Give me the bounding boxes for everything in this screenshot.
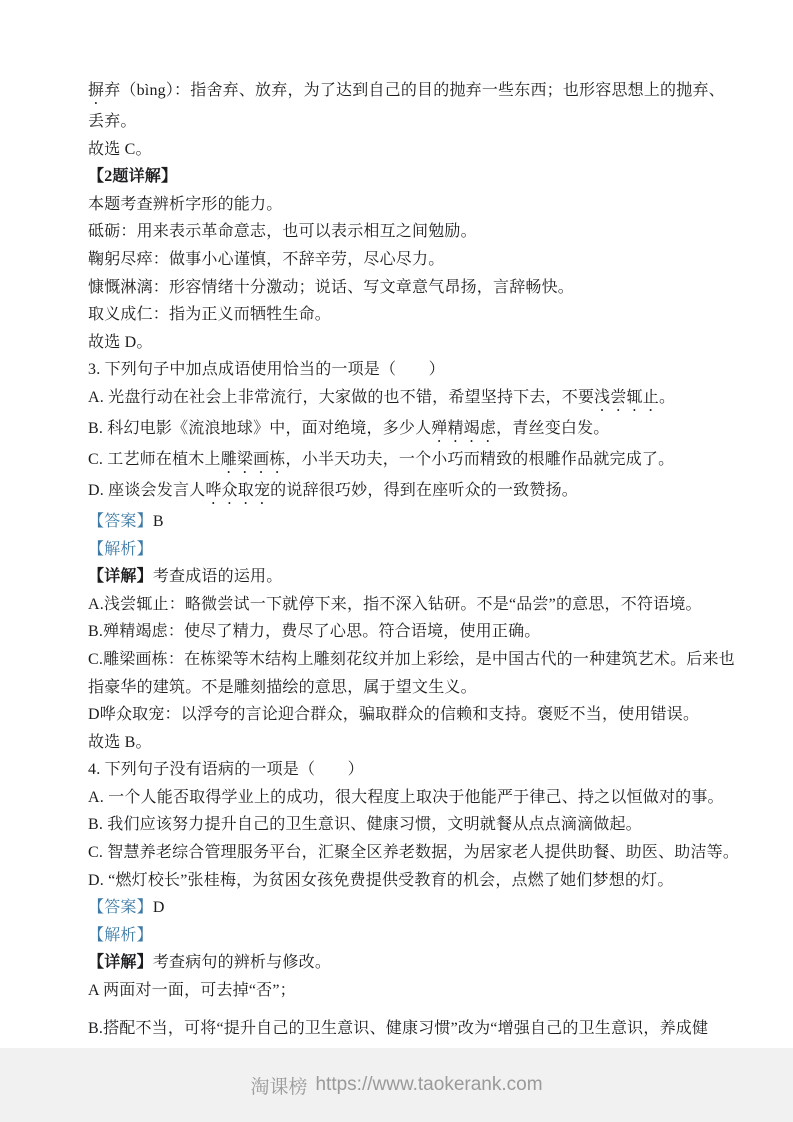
text-segment: 考查病句的辨析与修改。	[153, 954, 331, 971]
text-segment: C. 智慧养老综合管理服务平台，汇聚全区养老数据，为居家老人提供助餐、助医、助洁…	[88, 844, 739, 861]
text-segment: 【答案】	[88, 899, 153, 916]
body-line: 慷慨淋漓：形容情绪十分激动；说话、写文章意气昂扬，言辞畅快。	[88, 274, 751, 302]
body-line: A 两面对一面，可去掉“否”；	[88, 977, 751, 1005]
text-segment: 【答案】	[88, 513, 153, 530]
body-line: C.雕梁画栋：在栋梁等木结构上雕刻花纹并加上彩绘，是中国古代的一种建筑艺术。后来…	[88, 646, 751, 674]
text-segment: 鞠躬尽瘁：做事小心谨慎，不辞辛劳，尽心尽力。	[88, 251, 444, 268]
text-segment: 【解析】	[88, 927, 153, 944]
text-segment: 指豪华的建筑。不是雕刻描绘的意思，属于望文生义。	[88, 679, 477, 696]
text-segment: ，小半天功夫，一个小巧而精致的根雕作品就完成了。	[286, 451, 675, 468]
text-segment: ，青丝变白发。	[496, 420, 609, 437]
text-segment: 弃（bìng）：指舍弃、放弃，为了达到自己的目的抛弃一些东西；也形容思想上的抛弃…	[104, 82, 725, 99]
text-segment: 。	[659, 389, 675, 406]
detail-header-line: 【2题详解】	[88, 163, 751, 191]
text-segment: B.殚精竭虑：使尽了精力，费尽了心思。符合语境，使用正确。	[88, 623, 540, 640]
option-line: C. 智慧养老综合管理服务平台，汇聚全区养老数据，为居家老人提供助餐、助医、助洁…	[88, 839, 751, 867]
answer-line: 【答案】D	[88, 894, 751, 922]
option-line: D. “燃灯校长”张桂梅，为贫困女孩免费提供受教育的机会，点燃了她们梦想的灯。	[88, 867, 751, 895]
text-segment: D. 座谈会发言人	[88, 482, 205, 499]
document-page: 摒弃（bìng）：指舍弃、放弃，为了达到自己的目的抛弃一些东西；也形容思想上的抛…	[0, 0, 793, 1122]
text-segment: 故选 B。	[88, 734, 152, 751]
emphasized-idiom: 浅尝辄止	[594, 389, 659, 406]
body-line: 丢弃。	[88, 108, 751, 136]
text-segment: 丢弃。	[88, 113, 137, 130]
text-segment: C. 工艺师在植木上	[88, 451, 221, 468]
body-line: 指豪华的建筑。不是雕刻描绘的意思，属于望文生义。	[88, 674, 751, 702]
text-segment: B. 科幻电影《流浪地球》中，面对绝境，多少人	[88, 420, 431, 437]
body-line: A.浅尝辄止：略微尝试一下就停下来，指不深入钻研。不是“品尝”的意思，不符语境。	[88, 591, 751, 619]
question-line: 3. 下列句子中加点成语使用恰当的一项是（ ）	[88, 356, 751, 384]
text-segment: A 两面对一面，可去掉“否”；	[88, 982, 296, 999]
text-segment: 故选 C。	[88, 141, 152, 158]
body-line: 故选 B。	[88, 729, 751, 757]
option-line: A. 光盘行动在社会上非常流行，大家做的也不错，希望坚持下去，不要浅尝辄止。	[88, 384, 751, 415]
analysis-line: 【解析】	[88, 536, 751, 564]
emphasized-idiom: 摒	[88, 82, 104, 99]
text-segment: 的说辞很巧妙，得到在座听众的一致赞扬。	[270, 482, 578, 499]
body-line: 砥砺：用来表示革命意志，也可以表示相互之间勉励。	[88, 218, 751, 246]
text-segment: 3. 下列句子中加点成语使用恰当的一项是（ ）	[88, 361, 445, 378]
text-segment: 故选 D。	[88, 334, 153, 351]
body-line: 鞠躬尽瘁：做事小心谨慎，不辞辛劳，尽心尽力。	[88, 246, 751, 274]
option-line: A. 一个人能否取得学业上的成功，很大程度上取决于他能严于律己、持之以恒做对的事…	[88, 784, 751, 812]
emphasized-idiom: 雕梁画栋	[221, 451, 286, 468]
body-line: 本题考查辨析字形的能力。	[88, 191, 751, 219]
footer-brand: 淘课榜	[250, 1072, 307, 1099]
text-segment: 考查成语的运用。	[153, 568, 283, 585]
option-line: B. 科幻电影《流浪地球》中，面对绝境，多少人殚精竭虑，青丝变白发。	[88, 415, 751, 446]
document-content: 摒弃（bìng）：指舍弃、放弃，为了达到自己的目的抛弃一些东西；也形容思想上的抛…	[88, 77, 751, 1042]
body-line: 取义成仁：指为正义而牺牲生命。	[88, 301, 751, 329]
footer-url: https://www.taokerank.com	[315, 1074, 542, 1096]
text-segment: 砥砺：用来表示革命意志，也可以表示相互之间勉励。	[88, 223, 477, 240]
question-line: 4. 下列句子没有语病的一项是（ ）	[88, 756, 751, 784]
answer-line: 【答案】B	[88, 508, 751, 536]
text-segment: A.浅尝辄止：略微尝试一下就停下来，指不深入钻研。不是“品尝”的意思，不符语境。	[88, 596, 702, 613]
option-line: B. 我们应该努力提升自己的卫生意识、健康习惯，文明就餐从点点滴滴做起。	[88, 811, 751, 839]
text-segment: 本题考查辨析字形的能力。	[88, 196, 282, 213]
explanation-line: 【详解】考查病句的辨析与修改。	[88, 949, 751, 977]
explanation-line: 【详解】考查成语的运用。	[88, 563, 751, 591]
option-line: D. 座谈会发言人哗众取宠的说辞很巧妙，得到在座听众的一致赞扬。	[88, 477, 751, 508]
page-footer: 淘课榜 https://www.taokerank.com	[0, 1048, 793, 1122]
text-segment: 4. 下列句子没有语病的一项是（ ）	[88, 761, 364, 778]
text-segment: 慷慨淋漓：形容情绪十分激动；说话、写文章意气昂扬，言辞畅快。	[88, 279, 574, 296]
text-body: 摒弃（bìng）：指舍弃、放弃，为了达到自己的目的抛弃一些东西；也形容思想上的抛…	[88, 77, 751, 1042]
text-segment: D	[153, 899, 165, 916]
text-segment: A. 光盘行动在社会上非常流行，大家做的也不错，希望坚持下去，不要	[88, 389, 594, 406]
text-segment: 【详解】	[88, 954, 153, 971]
body-line: 故选 C。	[88, 136, 751, 164]
body-line: 摒弃（bìng）：指舍弃、放弃，为了达到自己的目的抛弃一些东西；也形容思想上的抛…	[88, 77, 751, 108]
text-segment: B. 我们应该努力提升自己的卫生意识、健康习惯，文明就餐从点点滴滴做起。	[88, 816, 642, 833]
text-segment: C.雕梁画栋：在栋梁等木结构上雕刻花纹并加上彩绘，是中国古代的一种建筑艺术。后来…	[88, 651, 735, 668]
text-segment: 取义成仁：指为正义而牺牲生命。	[88, 306, 331, 323]
text-segment: 【详解】	[88, 568, 153, 585]
emphasized-idiom: 殚精竭虑	[431, 420, 496, 437]
text-segment: D哗众取宠：以浮夸的言论迎合群众，骗取群众的信赖和支持。褒贬不当，使用错误。	[88, 706, 699, 723]
body-line: B.搭配不当，可将“提升自己的卫生意识、健康习惯”改为“增强自己的卫生意识，养成…	[88, 1015, 751, 1043]
emphasized-idiom: 哗众取宠	[205, 482, 270, 499]
text-segment: 【解析】	[88, 541, 153, 558]
option-line: C. 工艺师在植木上雕梁画栋，小半天功夫，一个小巧而精致的根雕作品就完成了。	[88, 446, 751, 477]
body-line: 故选 D。	[88, 329, 751, 357]
body-line: D哗众取宠：以浮夸的言论迎合群众，骗取群众的信赖和支持。褒贬不当，使用错误。	[88, 701, 751, 729]
analysis-line: 【解析】	[88, 922, 751, 950]
text-segment: B	[153, 513, 164, 530]
text-segment: 【2题详解】	[88, 168, 177, 185]
text-segment: B.搭配不当，可将“提升自己的卫生意识、健康习惯”改为“增强自己的卫生意识，养成…	[88, 1020, 708, 1037]
body-line: B.殚精竭虑：使尽了精力，费尽了心思。符合语境，使用正确。	[88, 618, 751, 646]
text-segment: A. 一个人能否取得学业上的成功，很大程度上取决于他能严于律己、持之以恒做对的事…	[88, 789, 724, 806]
text-segment: D. “燃灯校长”张桂梅，为贫困女孩免费提供受教育的机会，点燃了她们梦想的灯。	[88, 872, 674, 889]
